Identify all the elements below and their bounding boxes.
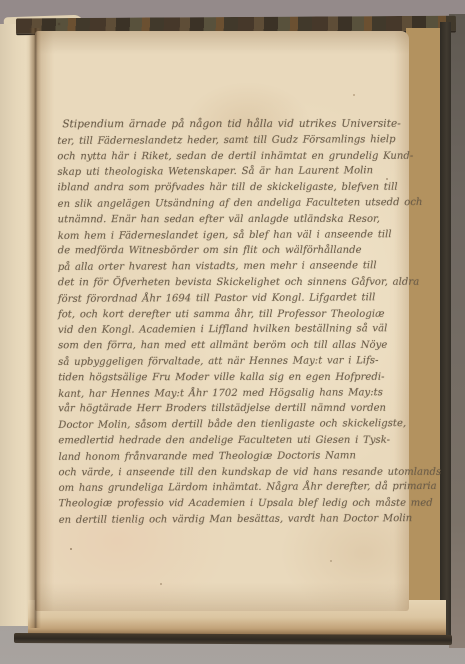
manuscript-line: som den förra, han med ett allmänt beröm… <box>58 338 404 354</box>
manuscript-line: så upbyggeligen förvaltade, att när Henn… <box>58 353 404 371</box>
manuscript-line: Stipendium ärnade på någon tid hålla vid… <box>57 117 403 133</box>
manuscript-line: fot, och kort derefter uti samma åhr, ti… <box>58 306 404 322</box>
manuscript-line: och värde, i anseende till den kundskap … <box>59 464 405 480</box>
manuscript-line: på alla orter hvarest han vistadts, men … <box>58 258 404 276</box>
page-stack-right-edge <box>406 28 442 632</box>
manuscript-line: skap uti theologiska Wetenskaper. Så är … <box>57 163 403 181</box>
manuscript-line: och nytta här i Riket, sedan de dertil i… <box>57 148 403 164</box>
manuscript-line: vår högtärade Herr Broders tillstädjelse… <box>58 401 404 417</box>
manuscript-line: det in för Öfverheten bevista Skickeligh… <box>58 275 404 291</box>
manuscript-line: vid den Kongl. Academien i Liffland hvil… <box>58 321 404 339</box>
manuscript-line: om hans grundeliga Lärdom inhämtat. Någr… <box>59 479 405 497</box>
manuscript-line: Theologiæ professio vid Academien i Upsa… <box>59 496 405 512</box>
manuscript-text-block: Stipendium ärnade på någon tid hålla vid… <box>57 116 404 528</box>
photo-shadow-right <box>449 14 465 648</box>
manuscript-line: kant, har Hennes May:t Åhr 1702 med Högs… <box>58 385 404 403</box>
manuscript-line: kom hem i Fäderneslandet igen, så blef h… <box>58 227 404 245</box>
manuscript-line: utnämnd. Enär han sedan efter väl anlagd… <box>58 212 404 228</box>
manuscript-line: de medförda Witnesbörder om sin flit och… <box>58 243 404 259</box>
manuscript-line: land honom frånvarande med Theologiæ Doc… <box>58 448 404 466</box>
manuscript-line: en slik angelägen Utsändning af den ande… <box>58 195 404 213</box>
manuscript-line: först förordnad Åhr 1694 till Pastor vid… <box>58 290 404 308</box>
manuscript-line: ter, till Fäderneslandetz heder, samt ti… <box>57 132 403 150</box>
gutter-crease <box>29 28 41 628</box>
book-photograph: Stipendium ärnade på någon tid hålla vid… <box>0 0 465 664</box>
paper-specks <box>0 0 2 2</box>
manuscript-line: emedlertid hedrade den andelige Facultet… <box>58 433 404 449</box>
manuscript-line: ibland andra som pröfvades här till de s… <box>58 180 404 196</box>
book-cover-right-edge <box>440 22 451 642</box>
book-cover-bottom-edge <box>14 633 452 645</box>
manuscript-line: tiden högstsälige Fru Moder ville kalla … <box>58 370 404 386</box>
manuscript-line: Doctor Molin, såsom dertill både den tie… <box>58 416 404 434</box>
manuscript-line: en dertill tienlig och värdig Man besätt… <box>59 511 405 529</box>
